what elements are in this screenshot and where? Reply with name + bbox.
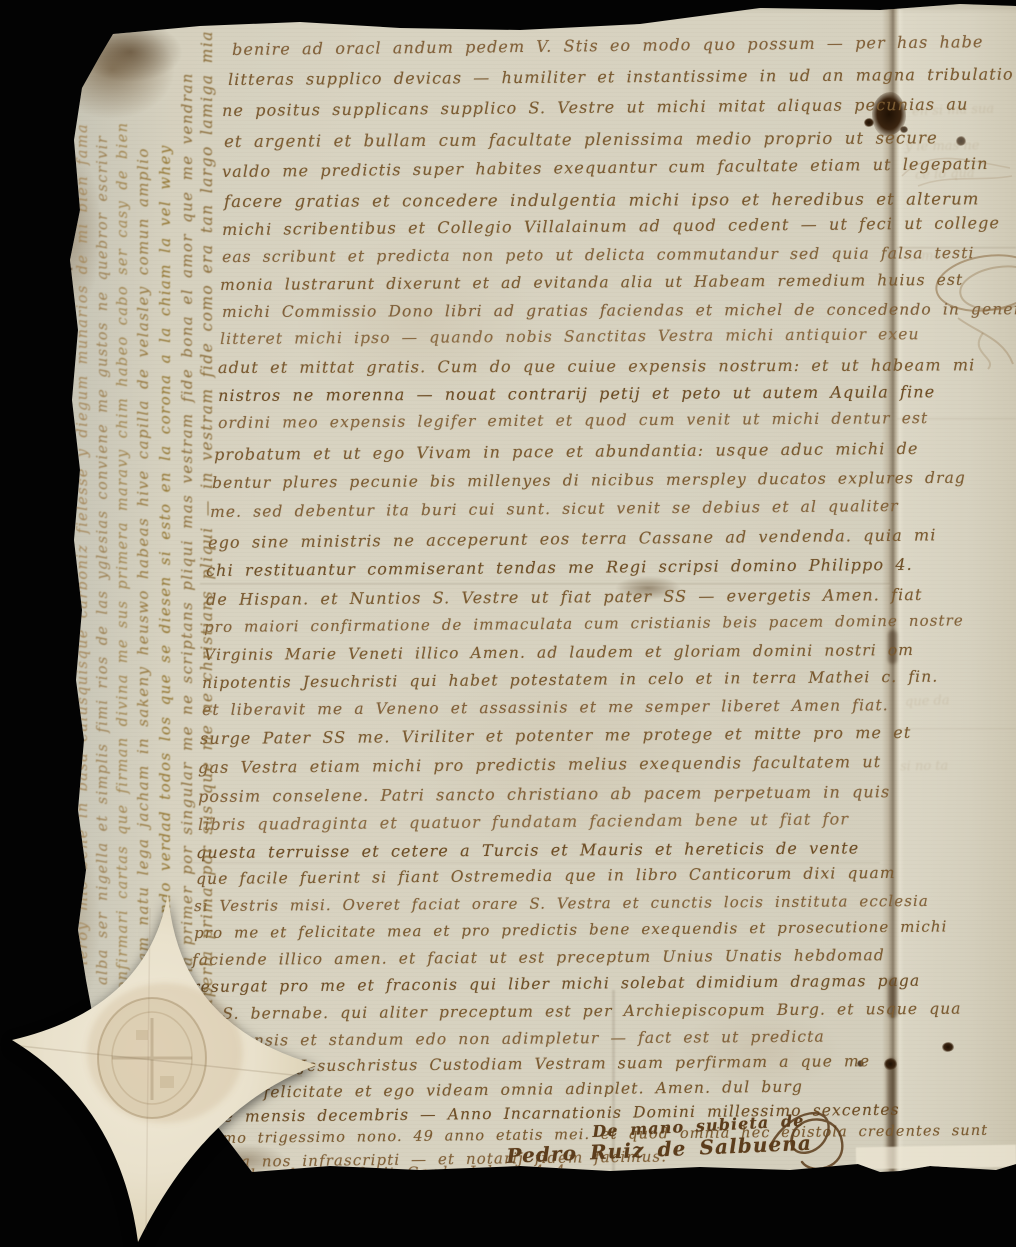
signature-rubric (742, 1098, 892, 1210)
margin-line: hay mi que bien las (58, 110, 72, 345)
bleedthrough-line: si no ta (900, 760, 949, 774)
wafer-seal-star (0, 878, 340, 1247)
bleedthrough-line: en si ma sua (912, 103, 995, 119)
pen-flourish-oval (928, 238, 1016, 370)
pen-flourish-loops (898, 146, 1016, 194)
bleedthrough-line: que da (905, 694, 950, 709)
seal-embossed-impression (98, 998, 206, 1118)
manuscript-photo: benire ad oracl andum pedem V. Stis eo m… (0, 0, 1016, 1247)
